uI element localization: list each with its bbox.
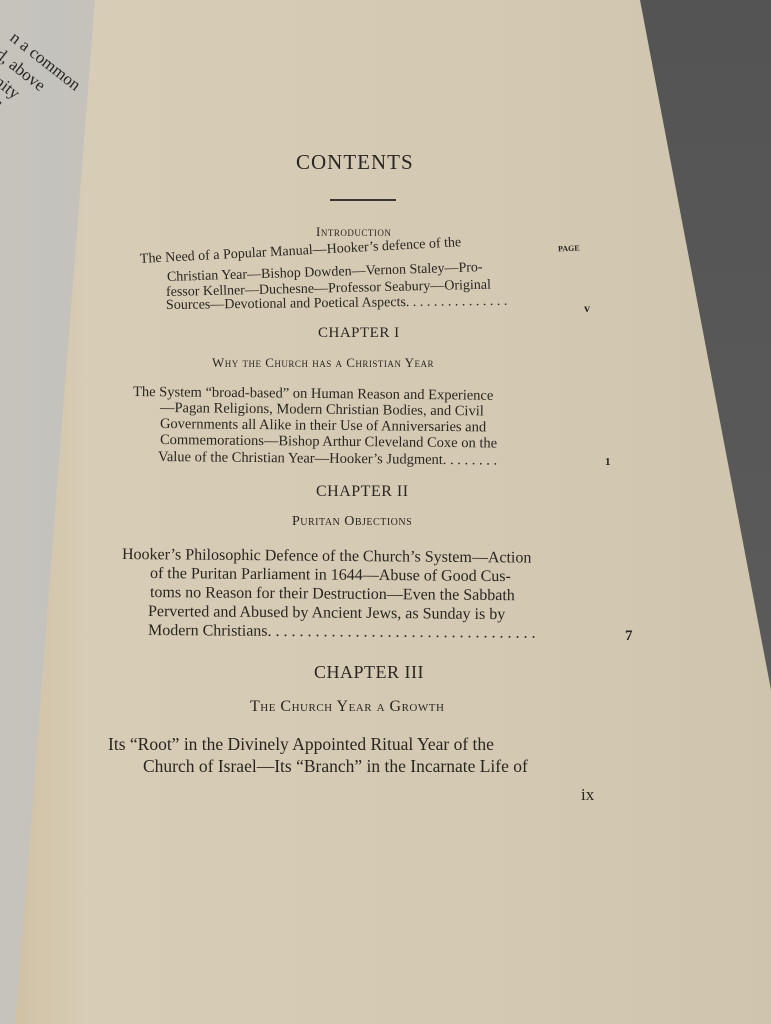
toc-entry-line: of the Puritan Parliament in 1644—Abuse … bbox=[150, 565, 511, 586]
section-heading-introduction: Introduction bbox=[316, 224, 391, 240]
chapter-title: The Church Year a Growth bbox=[250, 698, 444, 716]
toc-entry-line: Sources—Devotional and Poetical Aspects.… bbox=[166, 294, 508, 314]
page-folio: ix bbox=[581, 785, 594, 805]
toc-entry-line: Perverted and Abused by Ancient Jews, as… bbox=[148, 603, 505, 624]
toc-entry-line: toms no Reason for their Destruction—Eve… bbox=[150, 584, 515, 605]
page-title: CONTENTS bbox=[296, 150, 414, 175]
toc-entry-line: Church of Israel—Its “Branch” in the Inc… bbox=[143, 756, 528, 777]
chapter-title: Puritan Objections bbox=[292, 514, 412, 530]
page-column-label: PAGE bbox=[558, 244, 580, 254]
toc-page-number: v bbox=[584, 301, 590, 316]
contents-page: CONTENTS Introduction PAGE The Need of a… bbox=[0, 0, 771, 1024]
toc-page-number: 7 bbox=[625, 628, 633, 645]
chapter-label: CHAPTER II bbox=[316, 483, 409, 501]
chapter-title: Why the Church has a Christian Year bbox=[212, 355, 434, 371]
chapter-label: CHAPTER I bbox=[318, 325, 400, 342]
title-divider bbox=[330, 199, 396, 201]
chapter-label: CHAPTER III bbox=[314, 662, 424, 683]
toc-entry-line: Its “Root” in the Divinely Appointed Rit… bbox=[108, 734, 494, 755]
toc-page-number: 1 bbox=[605, 456, 611, 468]
toc-entry-line: Value of the Christian Year—Hooker’s Jud… bbox=[158, 449, 497, 470]
toc-entry-line: Modern Christians. . . . . . . . . . . .… bbox=[148, 622, 536, 643]
